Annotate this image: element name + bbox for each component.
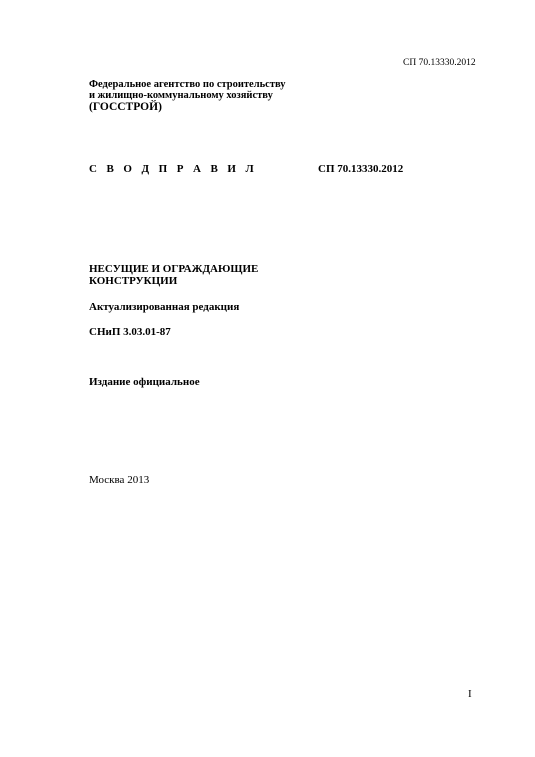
document-title-line-2: КОНСТРУКЦИИ [89,275,258,287]
agency-line-1: Федеральное агентство по строительству [89,79,286,90]
agency-abbreviation: (ГОССТРОЙ) [89,101,286,113]
rulebook-code: СП 70.13330.2012 [318,163,403,175]
page-number: I [468,688,472,700]
document-title-line-1: НЕСУЩИЕ И ОГРАЖДАЮЩИЕ [89,263,258,275]
agency-line-2: и жилищно-коммунальному хозяйству [89,90,286,101]
header-document-code: СП 70.13330.2012 [403,58,476,68]
official-edition-label: Издание официальное [89,376,200,388]
edition-label: Актуализированная редакция [89,301,239,313]
agency-block: Федеральное агентство по строительству и… [89,79,286,113]
rulebook-label: С В О Д П Р А В И Л [89,163,257,175]
snip-code: СНиП 3.03.01-87 [89,326,171,338]
document-title: НЕСУЩИЕ И ОГРАЖДАЮЩИЕ КОНСТРУКЦИИ [89,263,258,287]
city-year: Москва 2013 [89,474,149,486]
